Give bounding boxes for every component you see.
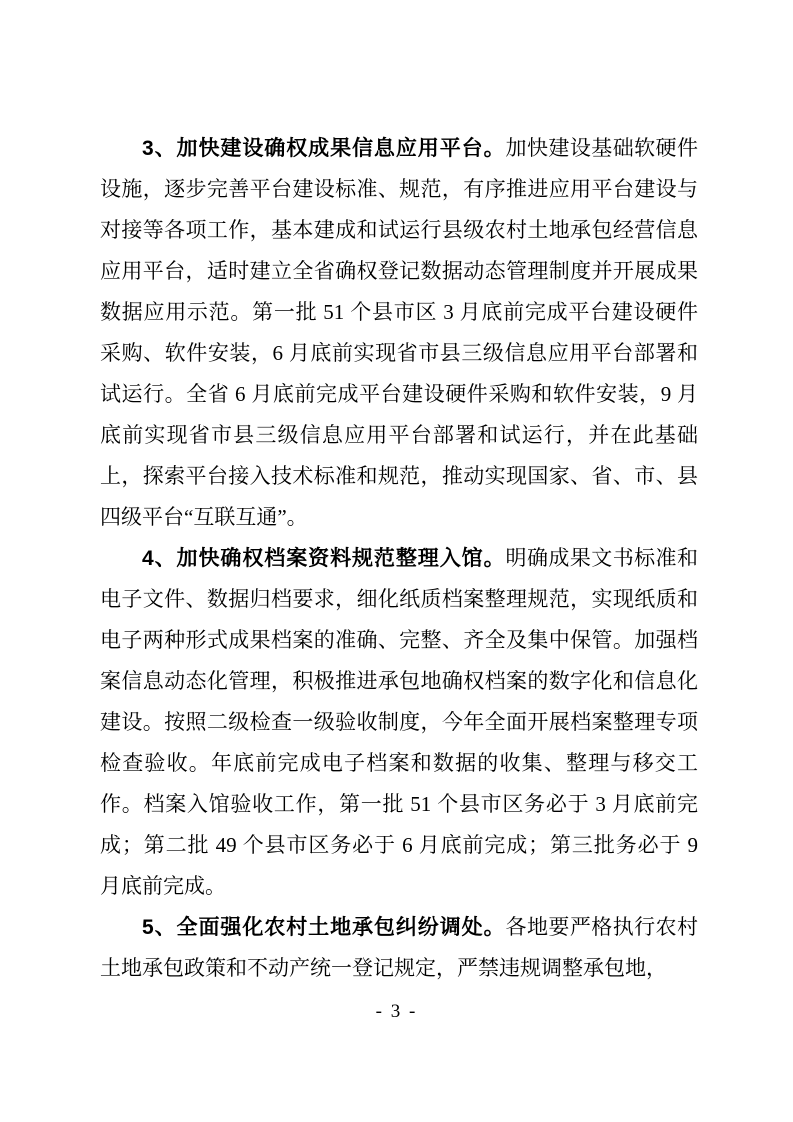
paragraph-4-body: 明确成果文书标准和电子文件、数据归档要求，细化纸质档案整理规范，实现纸质和电子两… bbox=[100, 546, 698, 898]
paragraph-3-body: 加快建设基础软硬件设施，逐步完善平台建设标准、规范，有序推进应用平台建设与对接等… bbox=[100, 136, 698, 529]
paragraph-4: 4、加快确权档案资料规范整理入馆。明确成果文书标准和电子文件、数据归档要求，细化… bbox=[100, 538, 698, 907]
document-body: 3、加快建设确权成果信息应用平台。加快建设基础软硬件设施，逐步完善平台建设标准、… bbox=[100, 128, 698, 989]
paragraph-4-heading: 4、加快确权档案资料规范整理入馆。 bbox=[142, 547, 506, 570]
paragraph-5-heading: 5、全面强化农村土地承包纠纷调处。 bbox=[142, 916, 506, 939]
paragraph-5: 5、全面强化农村土地承包纠纷调处。各地要严格执行农村土地承包政策和不动产统一登记… bbox=[100, 907, 698, 989]
paragraph-3-heading: 3、加快建设确权成果信息应用平台。 bbox=[142, 137, 506, 160]
document-page: 3、加快建设确权成果信息应用平台。加快建设基础软硬件设施，逐步完善平台建设标准、… bbox=[0, 0, 793, 1122]
page-number: - 3 - bbox=[0, 998, 793, 1026]
paragraph-3: 3、加快建设确权成果信息应用平台。加快建设基础软硬件设施，逐步完善平台建设标准、… bbox=[100, 128, 698, 538]
